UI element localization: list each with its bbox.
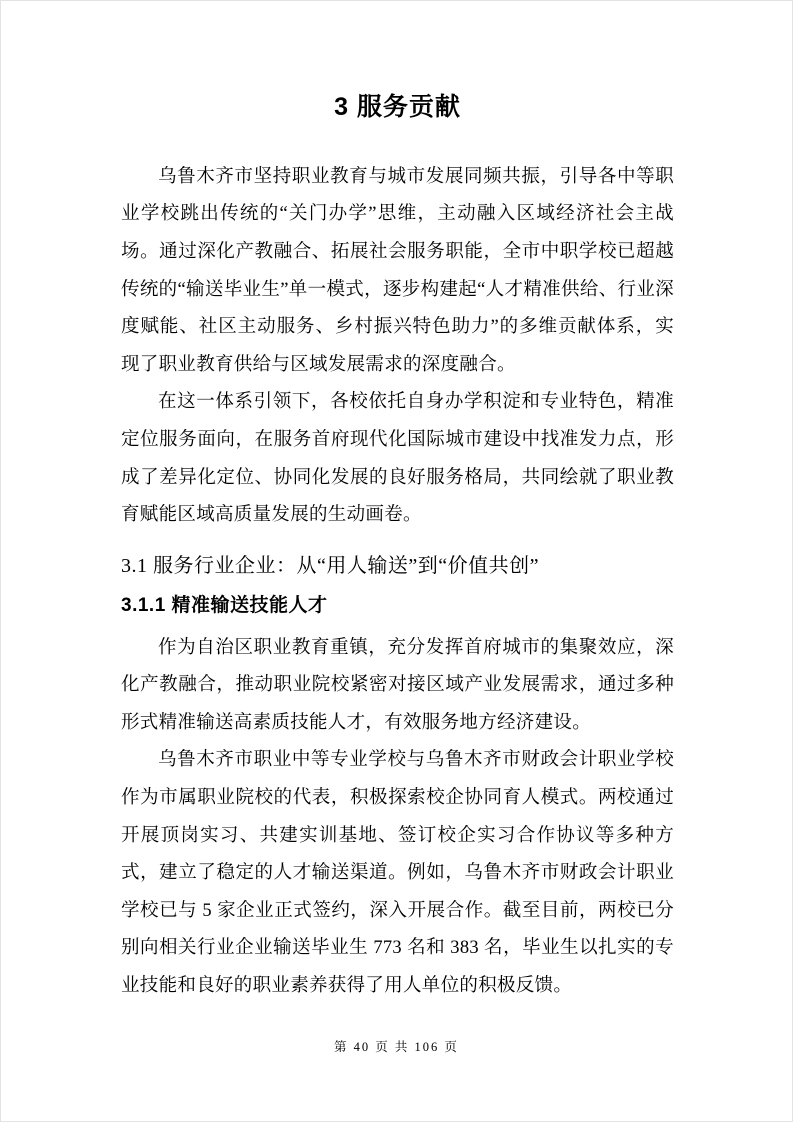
intro-paragraph-2: 在这一体系引领下，各校依托自身办学积淀和专业特色，精准定位服务面向，在服务首府现… [121, 384, 674, 534]
page-footer: 第 40 页 共 106 页 [1, 1037, 792, 1055]
document-page: 3 服务贡献 乌鲁木齐市坚持职业教育与城市发展同频共振，引导各中等职业学校跳出传… [0, 0, 793, 1122]
subsection-paragraph-2: 乌鲁木齐市职业中等专业学校与乌鲁木齐市财政会计职业学校作为市属职业院校的代表，积… [121, 742, 674, 1005]
chapter-title: 3 服务贡献 [121, 91, 674, 125]
page-content: 3 服务贡献 乌鲁木齐市坚持职业教育与城市发展同频共振，引导各中等职业学校跳出传… [1, 1, 792, 1006]
section-heading: 3.1 服务行业企业：从“用人输送”到“价值共创” [121, 550, 674, 582]
subsection-heading: 3.1.1 精准输送技能人才 [121, 590, 674, 622]
subsection-paragraph-1: 作为自治区职业教育重镇，充分发挥首府城市的集聚效应，深化产教融合，推动职业院校紧… [121, 630, 674, 743]
page-number-label: 第 40 页 共 106 页 [334, 1040, 459, 1054]
intro-paragraph-1: 乌鲁木齐市坚持职业教育与城市发展同频共振，引导各中等职业学校跳出传统的“关门办学… [121, 159, 674, 385]
